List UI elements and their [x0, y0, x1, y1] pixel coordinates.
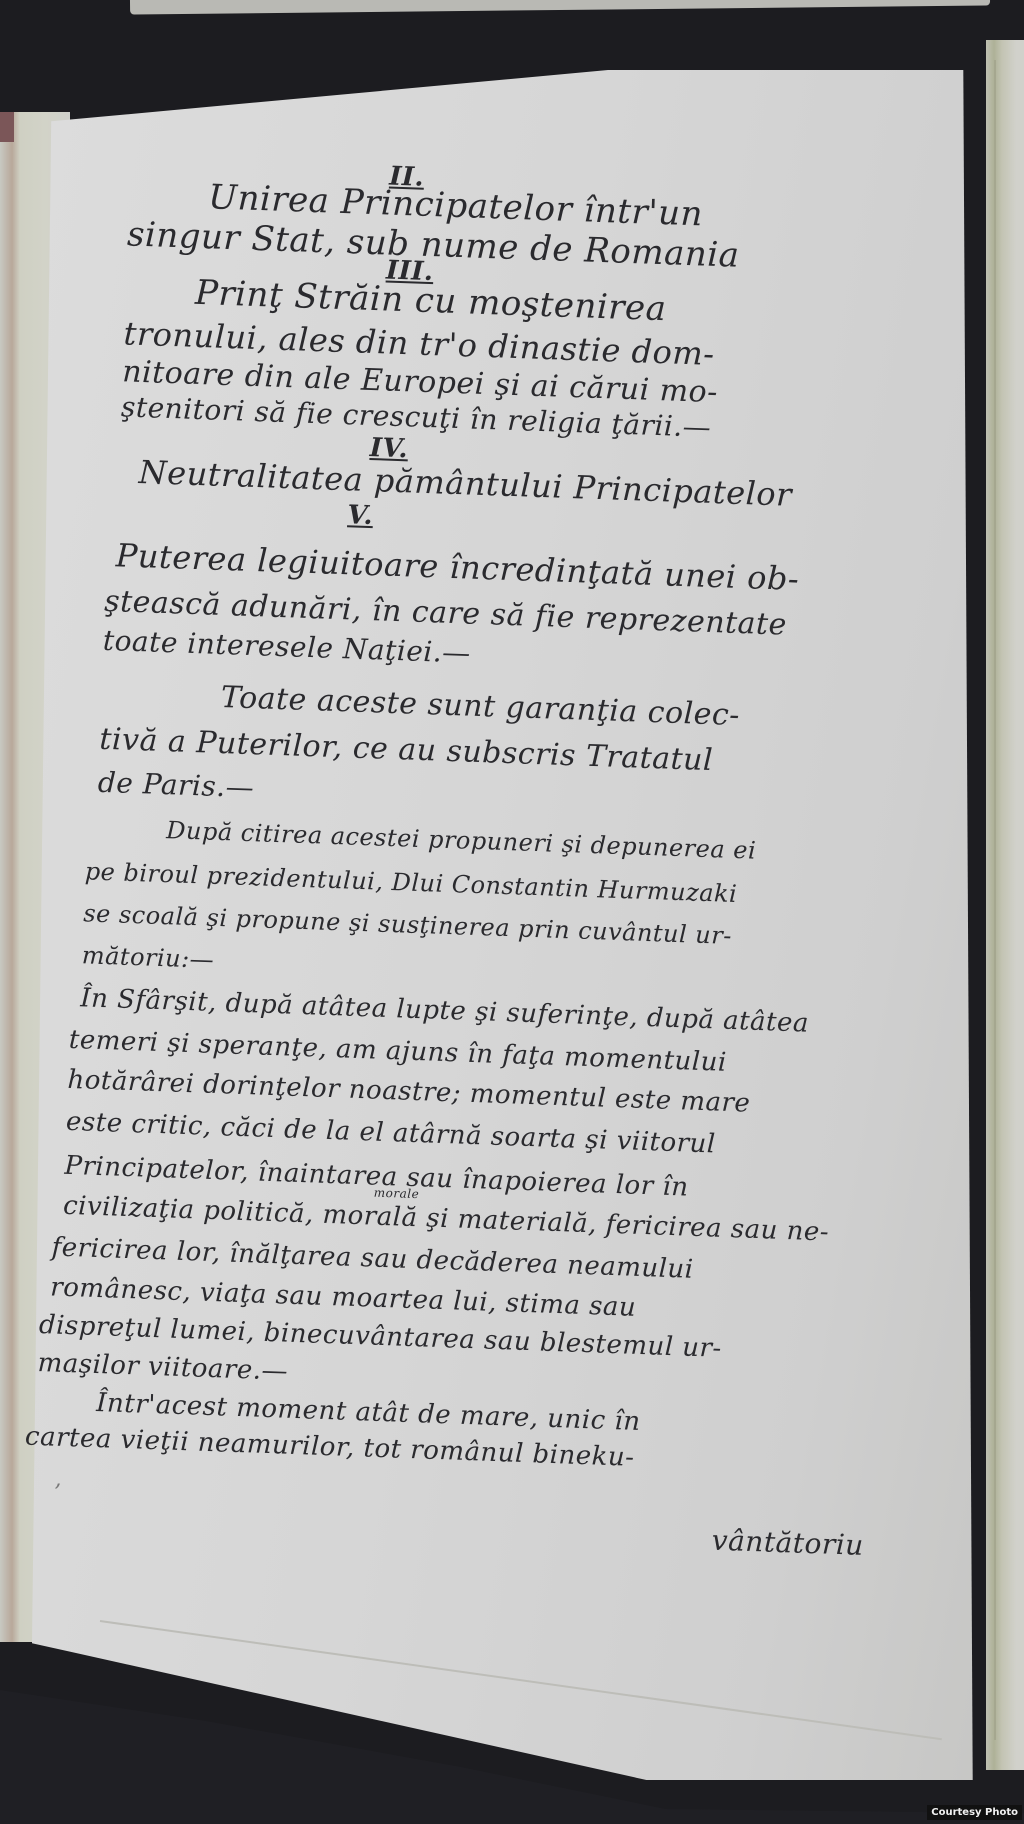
interlinear-insertion: morale	[374, 1186, 420, 1202]
book-binding	[986, 40, 1024, 1770]
underlying-paper-strip	[130, 0, 990, 15]
photo-credit: Courtesy Photo	[927, 1805, 1022, 1820]
page-edge-stain	[0, 112, 14, 142]
binding-crease	[994, 60, 996, 1740]
closing-word: vântătoriu	[711, 1524, 864, 1562]
manuscript-line: de Paris.—	[97, 766, 254, 804]
section-numeral: IV.	[369, 433, 408, 464]
section-numeral: V.	[347, 500, 374, 531]
manuscript-line: mătoriu:—	[81, 941, 214, 974]
photo-scene: II. Unirea Principatelor într'un singur …	[0, 0, 1024, 1824]
stray-mark: ʼ	[53, 1481, 61, 1506]
